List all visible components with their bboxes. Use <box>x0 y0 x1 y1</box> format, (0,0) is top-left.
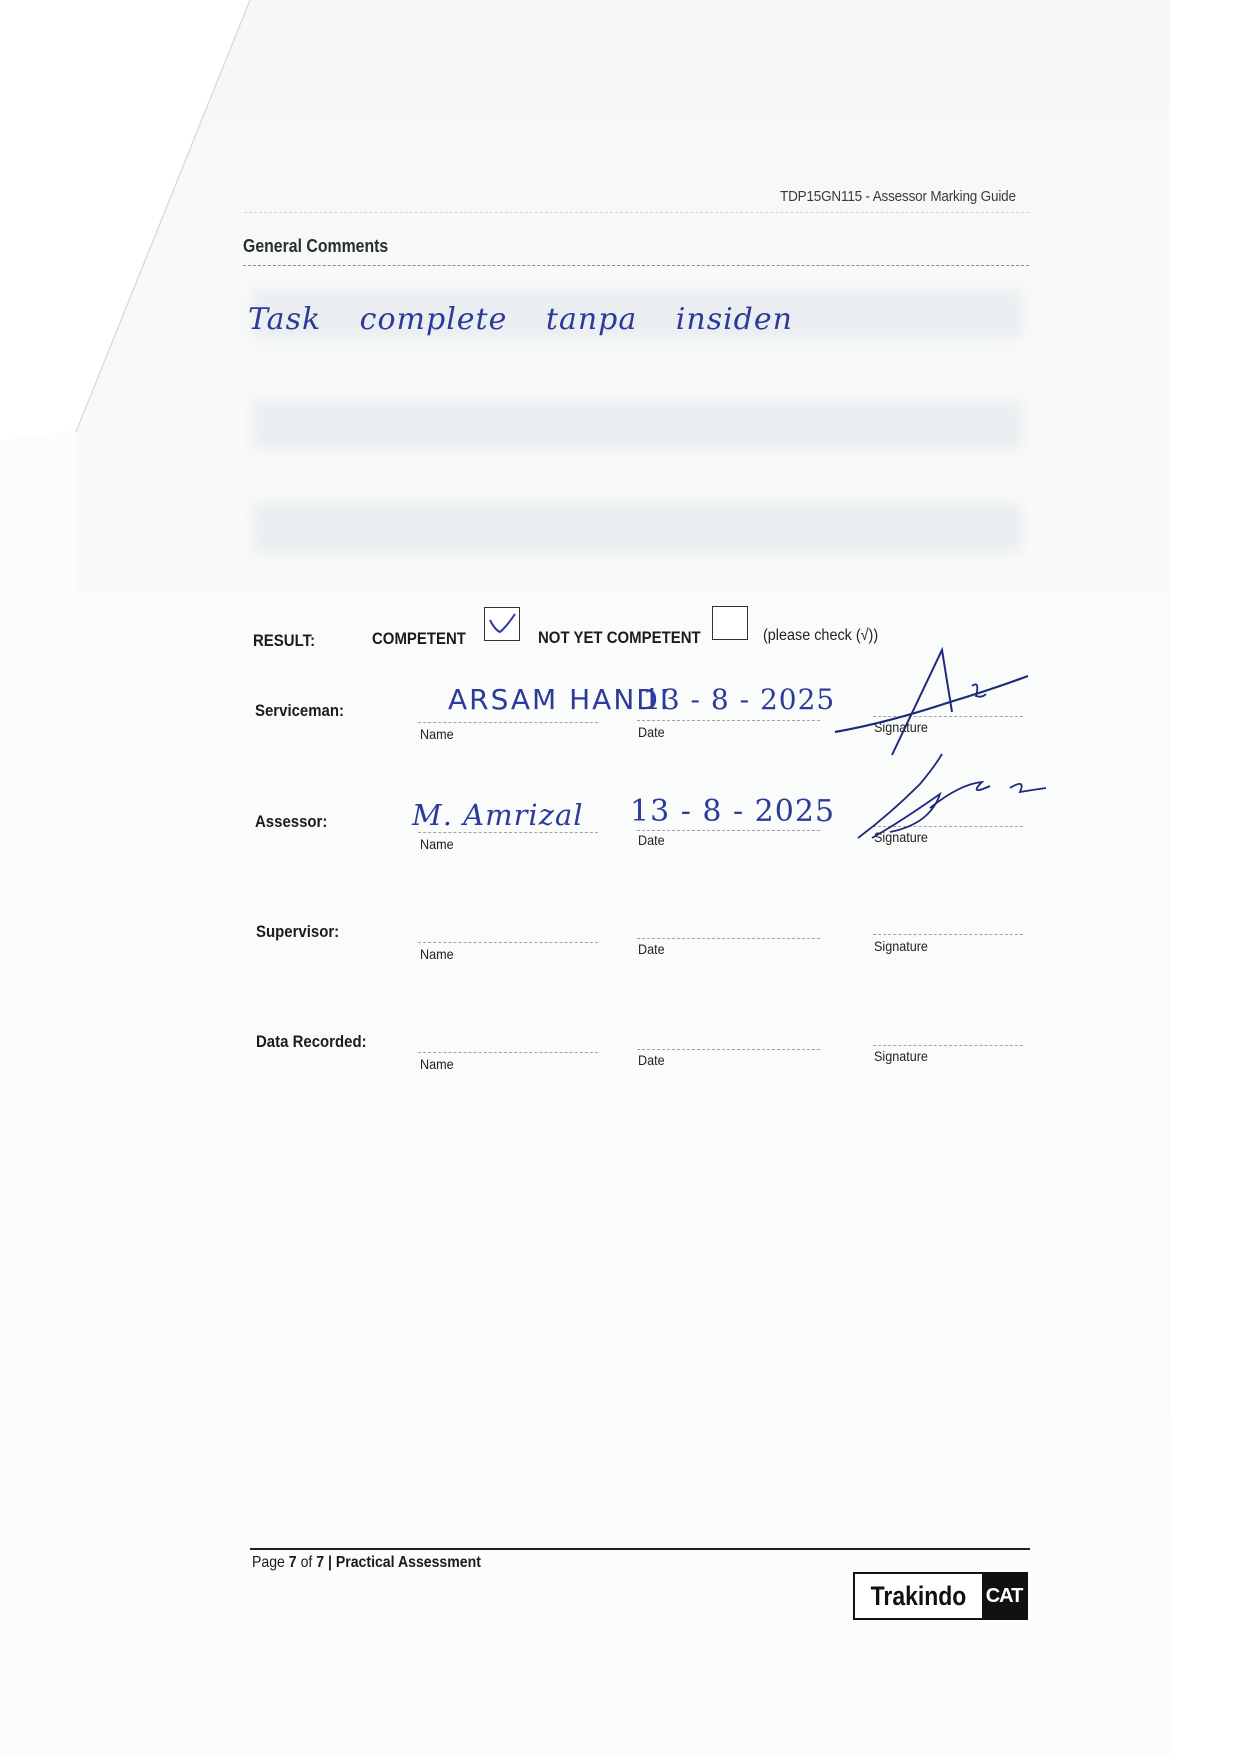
data-recorded-label: Data Recorded: <box>256 1032 367 1052</box>
page-of: of <box>301 1554 313 1571</box>
assessor-label: Assessor: <box>255 812 327 832</box>
cat-badge-icon: CAT <box>982 1574 1026 1618</box>
header-rule <box>244 212 1029 213</box>
trakindo-cat-logo: Trakindo CAT <box>853 1572 1028 1620</box>
supervisor-signature-field[interactable] <box>873 934 1023 935</box>
comment-line-shade <box>252 400 1022 450</box>
folded-corner-shadow <box>0 0 270 440</box>
date-caption: Date <box>638 724 665 740</box>
supervisor-label: Supervisor: <box>256 922 339 942</box>
document-reference: TDP15GN115 - Assessor Marking Guide <box>780 188 1016 205</box>
comment-line-shade <box>252 502 1022 554</box>
date-caption: Date <box>638 941 665 957</box>
assessor-date-line <box>637 830 820 831</box>
supervisor-name-field[interactable] <box>418 942 598 943</box>
date-caption: Date <box>638 1052 665 1068</box>
competent-checkbox[interactable] <box>484 607 520 641</box>
name-caption: Name <box>420 836 454 852</box>
assessor-name[interactable]: M. Amrizal <box>412 798 584 832</box>
data-recorded-name-field[interactable] <box>418 1052 598 1053</box>
name-caption: Name <box>420 1056 454 1072</box>
serviceman-date[interactable]: 13 - 8 - 2025 <box>643 683 835 716</box>
logo-wordmark: Trakindo <box>865 1574 973 1618</box>
section-rule <box>243 265 1029 266</box>
assessor-signature <box>850 744 1050 844</box>
serviceman-signature <box>830 640 1030 760</box>
section-title: General Comments <box>243 236 388 257</box>
serviceman-label: Serviceman: <box>255 701 344 721</box>
general-comment-text: Task complete tanpa insiden <box>248 302 793 337</box>
signature-caption: Signature <box>874 1048 928 1064</box>
not-yet-competent-checkbox[interactable] <box>712 606 748 640</box>
name-caption: Name <box>420 726 454 742</box>
data-recorded-date-field[interactable] <box>637 1049 820 1050</box>
page-footer: Page 7 of 7 | Practical Assessment <box>252 1554 481 1572</box>
result-label: RESULT: <box>253 631 315 651</box>
serviceman-name[interactable]: ARSAM HANDI <box>448 683 670 716</box>
footer-separator: | <box>328 1554 332 1571</box>
assessor-name-line <box>418 832 598 833</box>
supervisor-date-field[interactable] <box>637 938 820 939</box>
checkmark-icon <box>485 608 518 639</box>
scan-margin <box>1170 0 1240 1755</box>
serviceman-date-line <box>637 720 820 721</box>
date-caption: Date <box>638 832 665 848</box>
page-total: 7 <box>316 1554 324 1571</box>
footer-section: Practical Assessment <box>336 1554 481 1571</box>
serviceman-name-line <box>418 722 598 723</box>
footer-rule <box>250 1548 1030 1550</box>
page-prefix: Page <box>252 1554 285 1571</box>
competent-label: COMPETENT <box>372 629 466 649</box>
name-caption: Name <box>420 946 454 962</box>
signature-caption: Signature <box>874 938 928 954</box>
assessor-date[interactable]: 13 - 8 - 2025 <box>630 794 835 829</box>
page-current: 7 <box>289 1554 297 1571</box>
not-yet-competent-label: NOT YET COMPETENT <box>538 628 701 648</box>
data-recorded-signature-field[interactable] <box>873 1045 1023 1046</box>
